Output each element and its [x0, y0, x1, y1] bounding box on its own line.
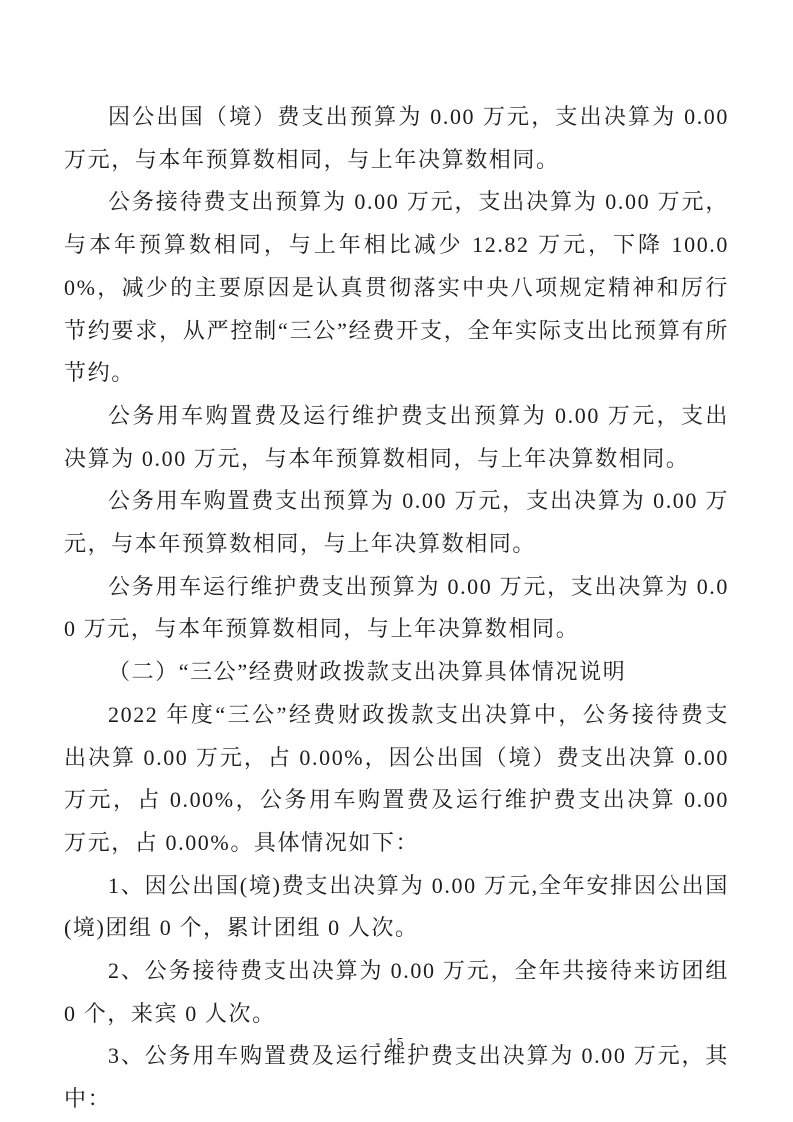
paragraph: 1、因公出国(境)费支出决算为 0.00 万元,全年安排因公出国(境)团组 0 … — [64, 865, 729, 950]
paragraph: 公务接待费支出预算为 0.00 万元，支出决算为 0.00 万元，与本年预算数相… — [64, 181, 729, 395]
paragraph: 2、公务接待费支出决算为 0.00 万元，全年共接待来访团组 0 个，来宾 0 … — [64, 950, 729, 1035]
section-heading: （二）“三公”经费财政拨款支出决算具体情况说明 — [64, 651, 729, 694]
document-body: 因公出国（境）费支出预算为 0.00 万元，支出决算为 0.00 万元，与本年预… — [64, 96, 729, 1121]
page-number: - 15 - — [0, 1036, 793, 1052]
document-page: 因公出国（境）费支出预算为 0.00 万元，支出决算为 0.00 万元，与本年预… — [0, 0, 793, 1122]
paragraph: 公务用车运行维护费支出预算为 0.00 万元，支出决算为 0.00 万元，与本年… — [64, 566, 729, 651]
paragraph: 2022 年度“三公”经费财政拨款支出决算中，公务接待费支出决算 0.00 万元… — [64, 694, 729, 865]
paragraph: 因公出国（境）费支出预算为 0.00 万元，支出决算为 0.00 万元，与本年预… — [64, 96, 729, 181]
paragraph: 公务用车购置费支出预算为 0.00 万元，支出决算为 0.00 万元，与本年预算… — [64, 480, 729, 565]
paragraph: 公务用车购置费及运行维护费支出预算为 0.00 万元，支出决算为 0.00 万元… — [64, 395, 729, 480]
